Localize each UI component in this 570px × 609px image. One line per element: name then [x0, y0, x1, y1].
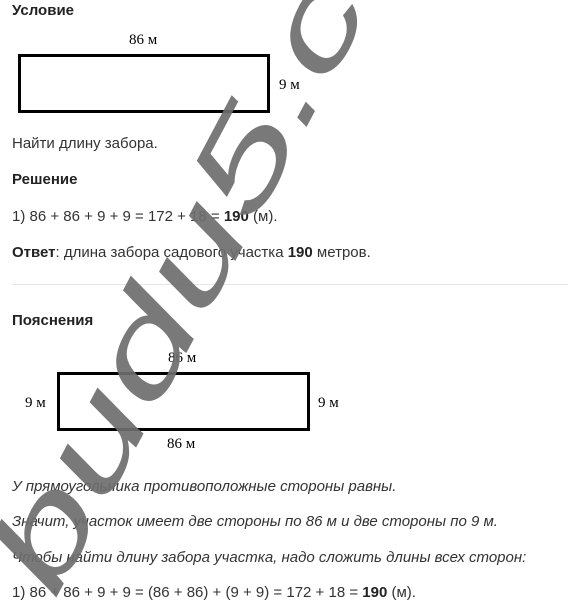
condition-rectangle — [18, 54, 270, 113]
explanation-bottom-label: 86 м — [167, 436, 195, 453]
step-expression: 1) 86 + 86 + 9 + 9 = (86 + 86) + (9 + 9)… — [12, 584, 362, 601]
answer-line: Ответ: длина забора садового участка 190… — [12, 244, 371, 261]
explanation-top-label: 86 м — [168, 350, 196, 367]
step-expression: 1) 86 + 86 + 9 + 9 = 172 + 18 = — [12, 208, 224, 225]
answer-text: : длина забора садового участка — [56, 244, 288, 261]
task-text: Найти длину забора. — [12, 135, 158, 152]
step-result: 190 — [362, 584, 387, 601]
step-result: 190 — [224, 208, 249, 225]
solution-heading: Решение — [12, 171, 77, 188]
answer-unit: метров. — [313, 244, 371, 261]
explanation-rectangle — [57, 372, 310, 431]
section-divider — [12, 284, 568, 285]
solution-step-1: 1) 86 + 86 + 9 + 9 = 172 + 18 = 190 (м). — [12, 208, 278, 225]
explanation-right-label: 9 м — [318, 395, 339, 412]
step-unit: (м). — [249, 208, 278, 225]
explanation-left-label: 9 м — [25, 395, 46, 412]
condition-heading: Условие — [12, 2, 74, 19]
explanation-line-3: Чтобы найти длину забора участка, надо с… — [12, 549, 526, 566]
answer-label: Ответ — [12, 244, 56, 261]
condition-right-label: 9 м — [279, 77, 300, 94]
explanation-step-1: 1) 86 + 86 + 9 + 9 = (86 + 86) + (9 + 9)… — [12, 584, 416, 601]
step-unit: (м). — [387, 584, 416, 601]
condition-top-label: 86 м — [129, 32, 157, 49]
explanation-line-1: У прямоугольника противоположные стороны… — [12, 478, 396, 495]
explanation-line-2: Значит, участок имеет две стороны по 86 … — [12, 513, 498, 530]
answer-value: 190 — [288, 244, 313, 261]
solution-page: Условие 86 м 9 м Найти длину забора. Реш… — [0, 0, 570, 609]
explanation-heading: Пояснения — [12, 312, 93, 329]
